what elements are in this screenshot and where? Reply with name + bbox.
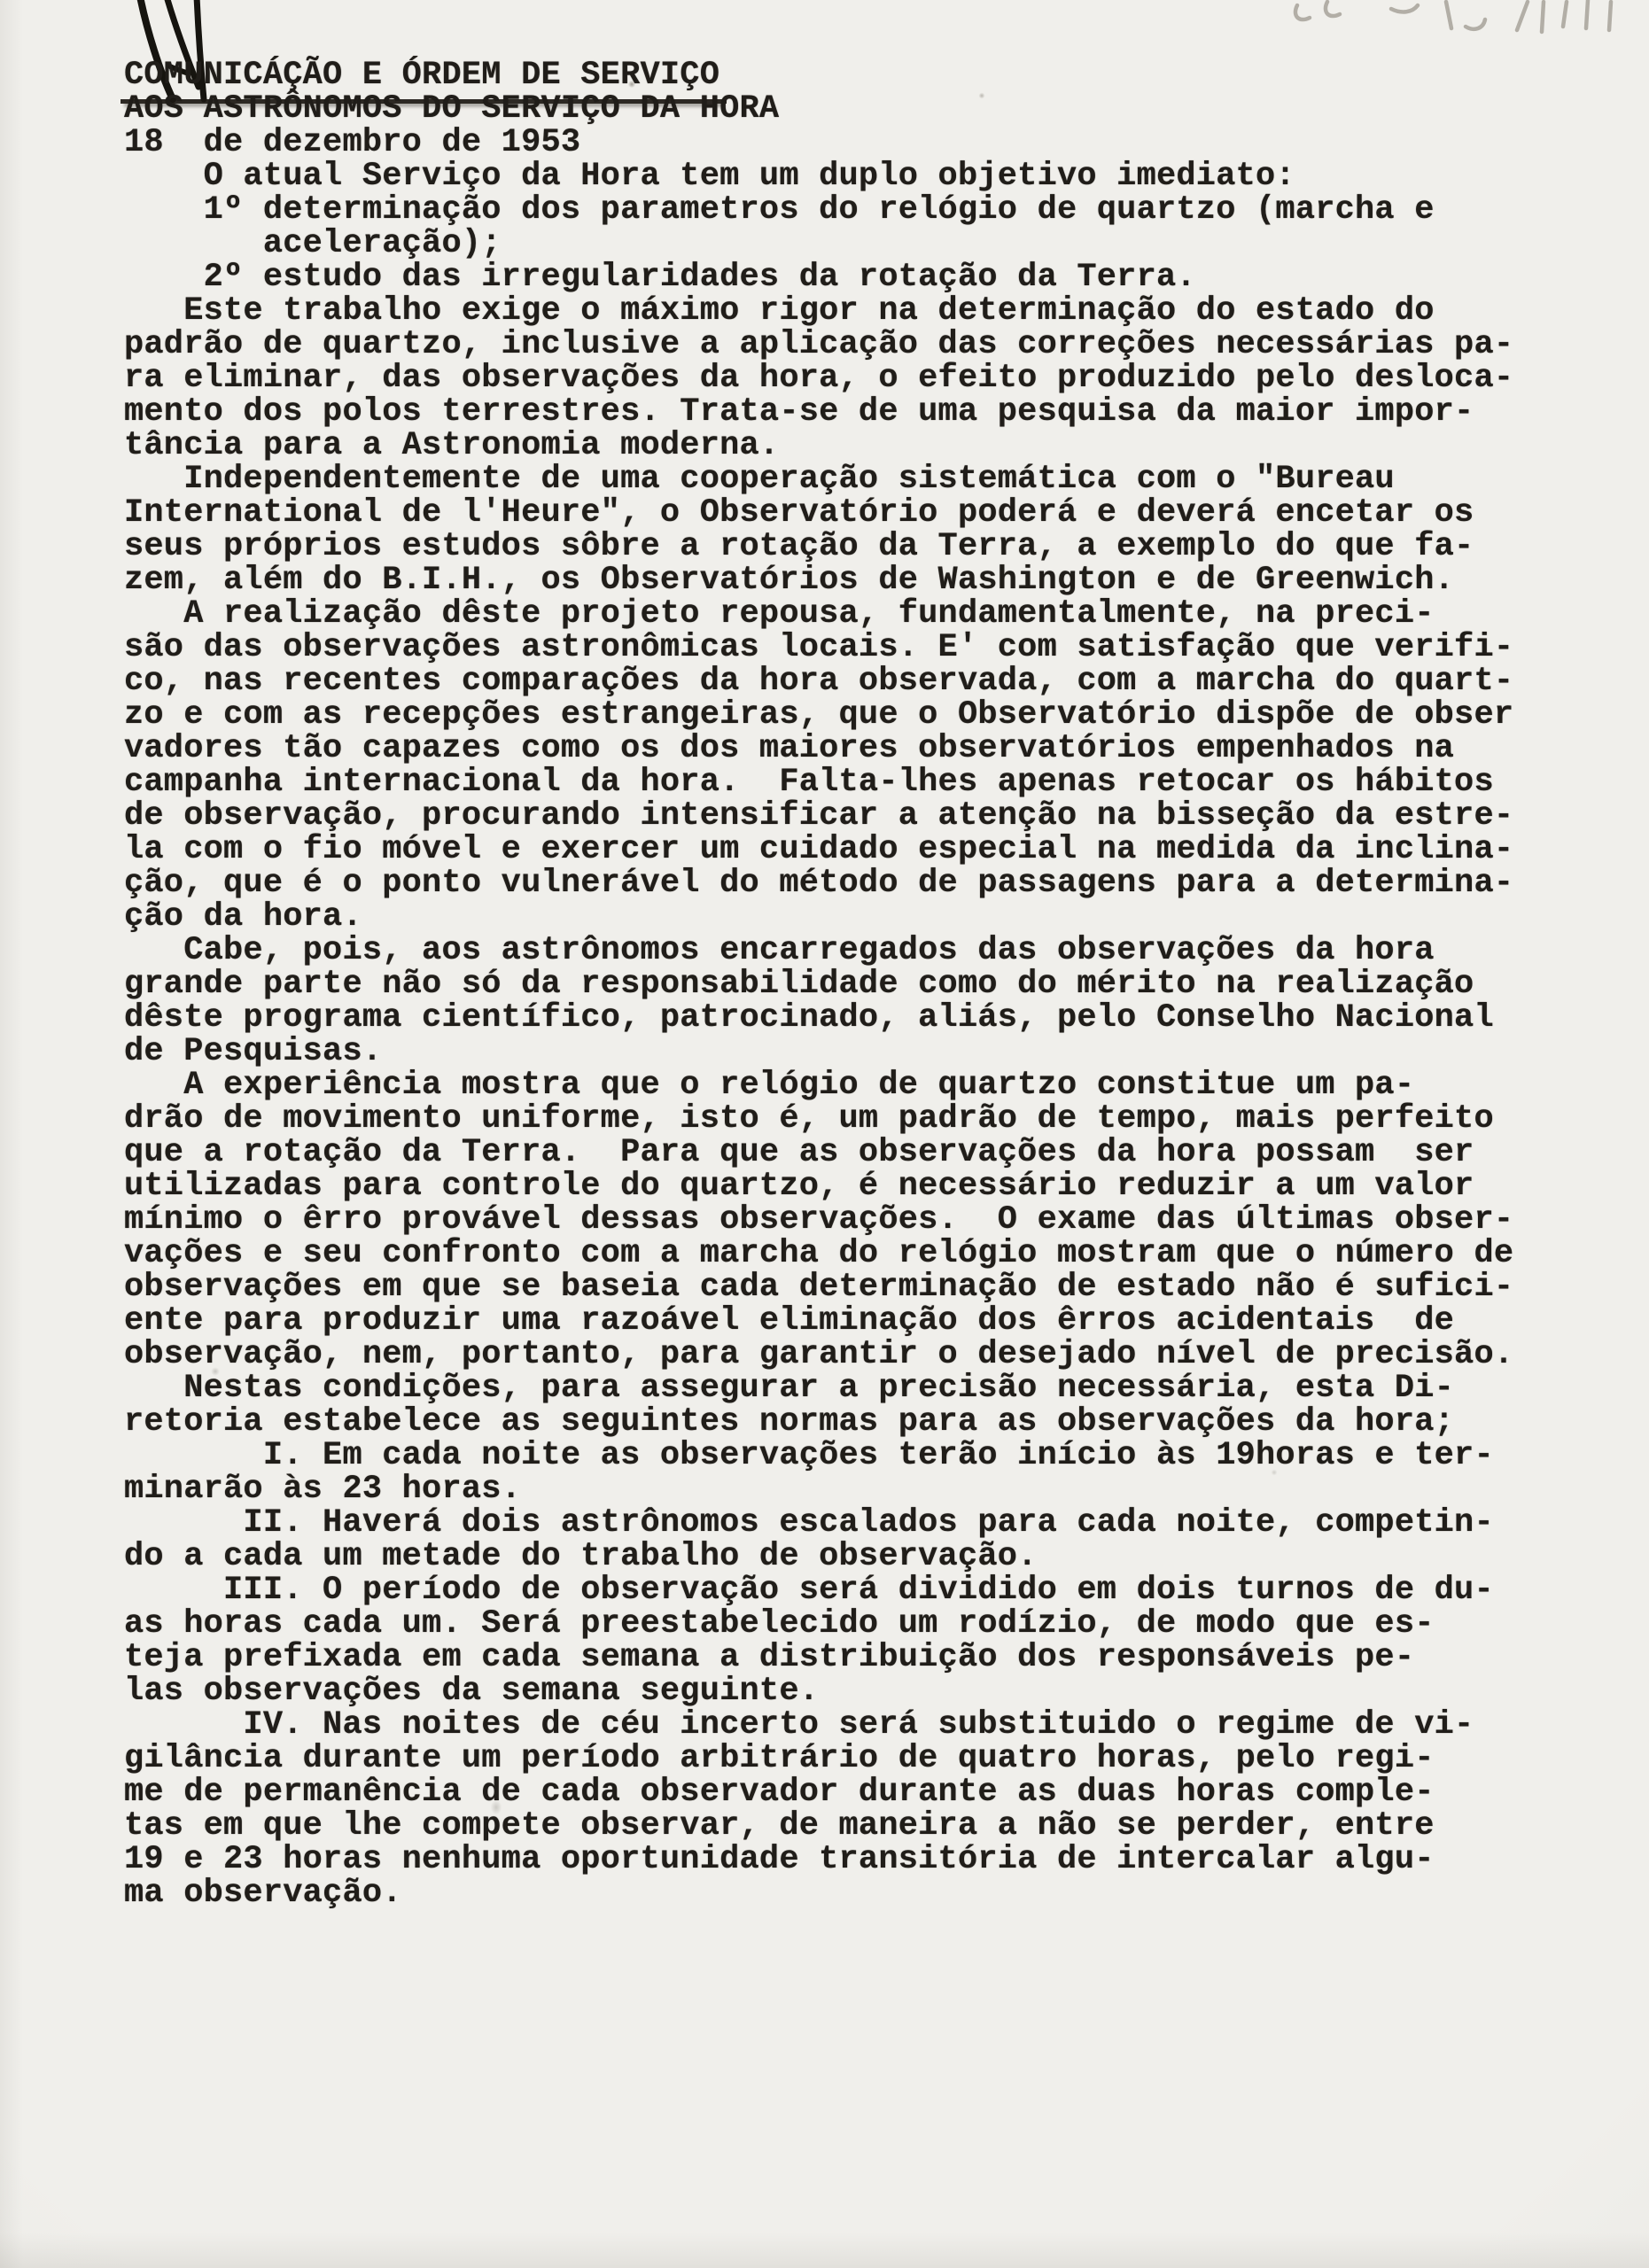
objective-item-2: 2º estudo das irregularidades da rotação…: [124, 260, 1552, 294]
recipient-line: AOS ASTRÔNOMOS DO SERVIÇO DA HORA: [124, 92, 1552, 126]
objective-item-1: 1º determinação dos parametros do relógi…: [124, 193, 1552, 260]
norm-item-2: II. Haverá dois astrônomos escalados par…: [124, 1506, 1552, 1573]
date-line: 18 de dezembro de 1953: [124, 126, 1552, 159]
document-title: COMUNICÁÇÃO E ÓRDEM DE SERVIÇO: [124, 58, 1552, 92]
norm-item-3: III. O período de observação será dividi…: [124, 1573, 1552, 1708]
typewritten-document: COMUNICÁÇÃO E ÓRDEM DE SERVIÇO AOS ASTRÔ…: [0, 0, 1649, 1910]
paragraph-norms-intro: Nestas condições, para assegurar a preci…: [124, 1371, 1552, 1439]
norm-item-1: I. Em cada noite as observações terão in…: [124, 1439, 1552, 1506]
paragraph-experience: A experiência mostra que o relógio de qu…: [124, 1068, 1552, 1371]
paragraph-cooperation: Independentemente de uma cooperação sist…: [124, 462, 1552, 597]
paragraph-realization: A realização dêste projeto repousa, fund…: [124, 597, 1552, 934]
paragraph-responsibility: Cabe, pois, aos astrônomos encarregados …: [124, 934, 1552, 1068]
paragraph-intro: O atual Serviço da Hora tem um duplo obj…: [124, 159, 1552, 193]
scanned-page: COMUNICÁÇÃO E ÓRDEM DE SERVIÇO AOS ASTRÔ…: [0, 0, 1649, 2268]
norm-item-4: IV. Nas noites de céu incerto será subst…: [124, 1708, 1552, 1910]
paragraph-rigor: Este trabalho exige o máximo rigor na de…: [124, 294, 1552, 462]
